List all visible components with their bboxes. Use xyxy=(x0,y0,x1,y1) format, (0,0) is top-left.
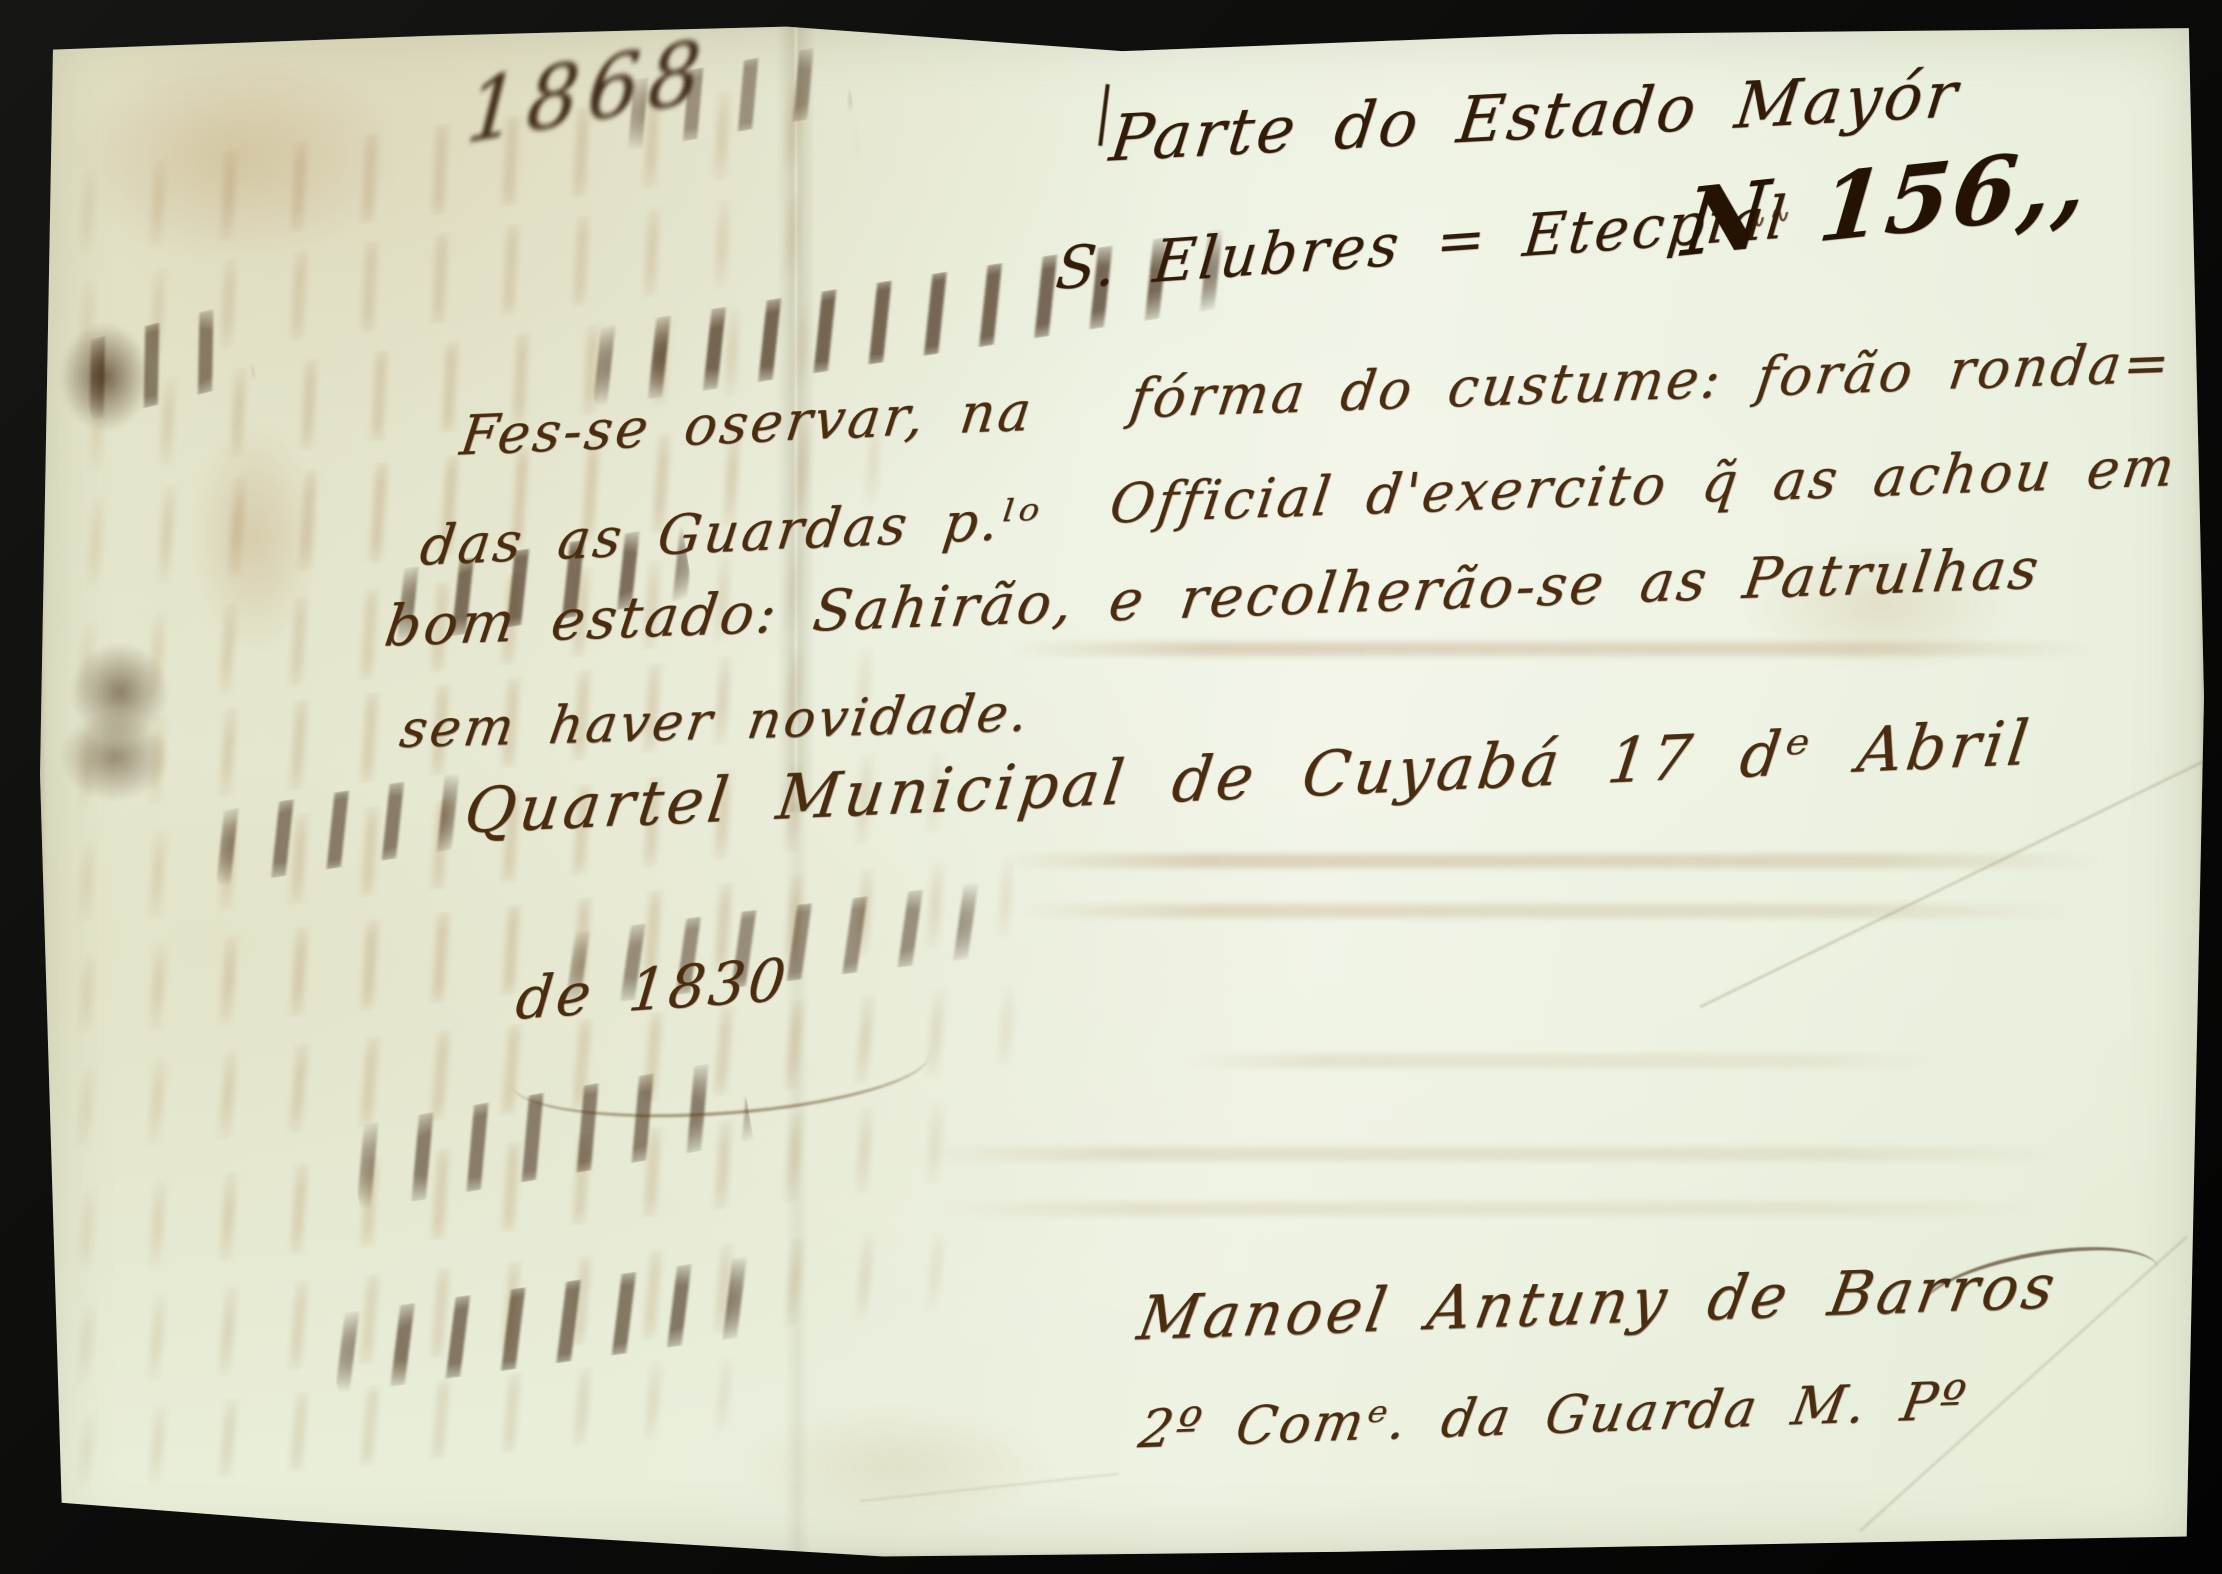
document-number: N 156,, xyxy=(1678,125,2095,277)
body-line-2-right: Official d'exercito q̃ as achou em xyxy=(1106,435,2181,536)
ink-bleedthrough-blot xyxy=(60,712,170,802)
ghost-line xyxy=(920,1147,2070,1161)
pen-stroke xyxy=(1098,84,1110,146)
ink-bleedthrough-blot xyxy=(60,322,150,432)
heading-line-2: S. Elubres = Etecpial xyxy=(1053,183,1792,303)
ghost-line xyxy=(1180,1054,1940,1068)
ghost-line xyxy=(1020,904,2070,918)
signature-title: 2º Comᵉ. da Guarda M. Pº xyxy=(1134,1371,1972,1460)
paper-crease xyxy=(1700,761,2204,1008)
signature-flourish xyxy=(1915,1232,2164,1347)
ghost-line xyxy=(1010,642,2100,656)
ghost-line xyxy=(940,1202,2040,1216)
document-paper: 1868 ∿∿ Parte do Estado Mayór S. Elubres… xyxy=(40,22,2204,1558)
body-line-1-right: fórma do custume: forão ronda= xyxy=(1126,331,2176,431)
photo-backdrop: 1868 ∿∿ Parte do Estado Mayór S. Elubres… xyxy=(0,0,2222,1574)
ghost-line xyxy=(1000,854,2100,868)
